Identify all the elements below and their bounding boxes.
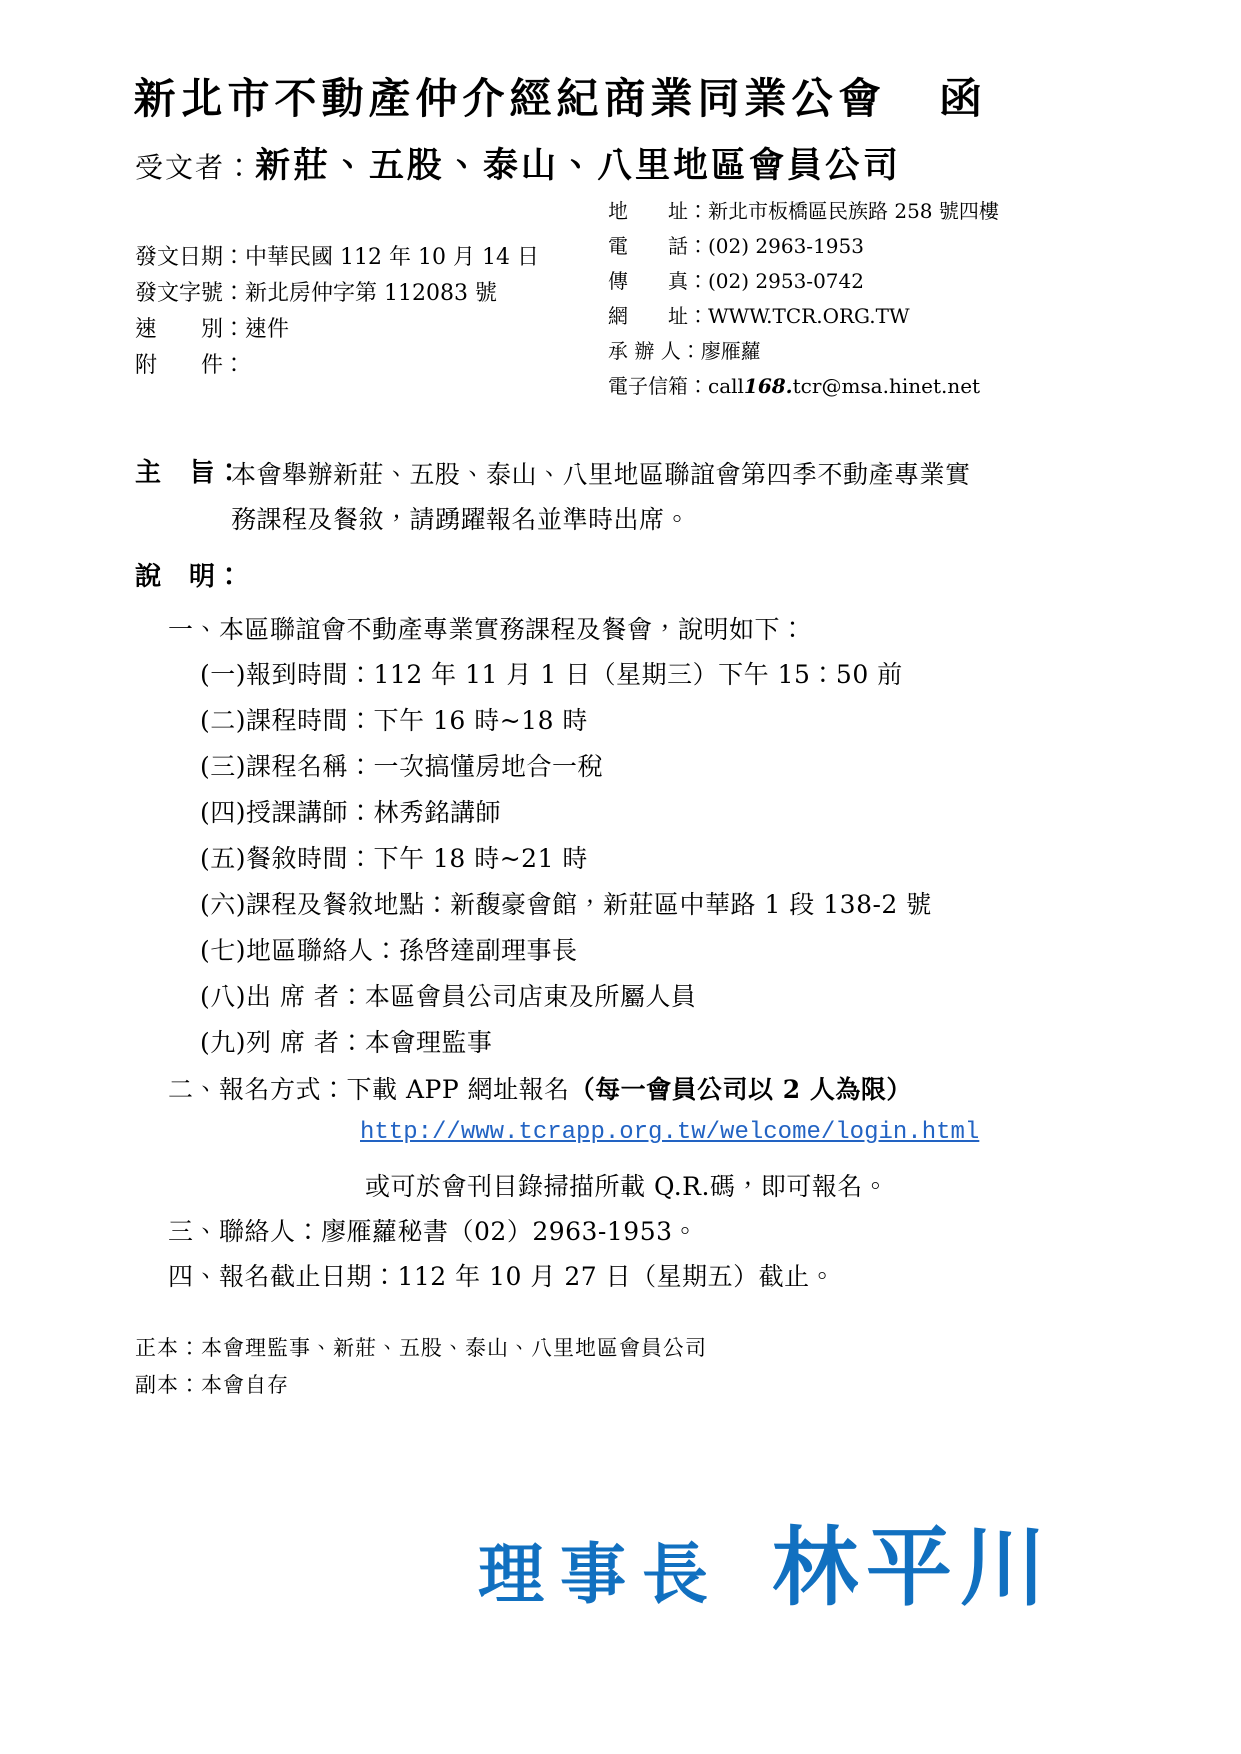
subitem-attendees: (八)出 席 者：本區會員公司店東及所屬人員 <box>200 974 932 1020</box>
secondary-copy-row: 副本：本會自存 <box>135 1367 707 1404</box>
primary-copy-row: 正本：本會理監事、新莊、五股、泰山、八里地區會員公司 <box>135 1330 707 1367</box>
subitem-course-name: (三)課程名稱：一次搞懂房地合一稅 <box>200 744 932 790</box>
official-letter-page: 新北市不動產仲介經紀商業同業公會 函 受文者： 新莊、五股、泰山、八里地區會員公… <box>0 0 1241 1754</box>
subitem-venue: (六)課程及餐敘地點：新馥豪會館，新莊區中華路 1 段 138-2 號 <box>200 882 932 928</box>
signature-name: 林平川 <box>772 1498 1054 1622</box>
subject-row: 主 旨： 本會舉辦新莊、五股、泰山、八里地區聯誼會第四季不動產專業實務課程及餐敘… <box>135 452 973 542</box>
email-row: 電子信箱： call168.tcr@msa.hinet.net <box>608 369 999 404</box>
registration-link-line: http://www.tcrapp.org.tw/welcome/login.h… <box>360 1115 979 1146</box>
attachment-row: 附 件： <box>135 348 539 384</box>
attachment-label: 附 件： <box>135 348 245 384</box>
explanation-item-3: 三、聯絡人：廖雁蘿秘書（02）2963-1953。 <box>168 1212 698 1248</box>
recipient-row: 受文者： 新莊、五股、泰山、八里地區會員公司 <box>135 138 901 188</box>
primary-copy-label: 正本： <box>135 1336 201 1360</box>
doc-number-value: 新北房仲字第 112083 號 <box>245 276 497 312</box>
doc-number-row: 發文字號： 新北房仲字第 112083 號 <box>135 276 539 312</box>
website-value: WWW.TCR.ORG.TW <box>708 299 910 334</box>
address-label: 地 址： <box>608 194 708 229</box>
qr-code-note: 或可於會刊目錄掃描所載 Q.R.碼，即可報名。 <box>365 1167 888 1203</box>
handler-value: 廖雁蘿 <box>701 334 761 369</box>
explanation-item-4: 四、報名截止日期：112 年 10 月 27 日（星期五）截止。 <box>168 1257 835 1293</box>
subitem-area-contact: (七)地區聯絡人：孫啓達副理事長 <box>200 928 932 974</box>
signature-title-chairman: 理事長 <box>478 1521 724 1616</box>
primary-copy-value: 本會理監事、新莊、五股、泰山、八里地區會員公司 <box>201 1336 707 1360</box>
priority-label: 速 別： <box>135 312 245 348</box>
handler-row: 承 辦 人： 廖雁蘿 <box>608 334 999 369</box>
registration-method-text: 二、報名方式：下載 APP 網址報名 <box>168 1075 570 1104</box>
document-type-letter: 函 <box>940 66 987 126</box>
fax-row: 傳 真： (02) 2953-0742 <box>608 264 999 299</box>
subject-text: 本會舉辦新莊、五股、泰山、八里地區聯誼會第四季不動產專業實務課程及餐敘，請踴躍報… <box>231 452 973 542</box>
phone-label: 電 話： <box>608 229 708 264</box>
contact-meta-block: 地 址： 新北市板橋區民族路 258 號四樓 電 話： (02) 2963-19… <box>608 194 999 404</box>
subitem-checkin-time: (一)報到時間：112 年 11 月 1 日（星期三）下午 15：50 前 <box>200 652 932 698</box>
explanation-item-2: 二、報名方式：下載 APP 網址報名（每一會員公司以 2 人為限） <box>168 1070 912 1106</box>
subitem-course-time: (二)課程時間：下午 16 時~18 時 <box>200 698 932 744</box>
secondary-copy-value: 本會自存 <box>201 1373 289 1397</box>
issue-date-row: 發文日期： 中華民國 112 年 10 月 14 日 <box>135 240 539 276</box>
email-suffix: tcr@msa.hinet.net <box>793 374 980 398</box>
email-highlight: 168. <box>744 374 793 398</box>
email-prefix: call <box>708 374 744 398</box>
priority-value: 速件 <box>245 312 289 348</box>
email-label: 電子信箱： <box>608 369 708 404</box>
recipient-label: 受文者： <box>135 146 255 186</box>
address-value: 新北市板橋區民族路 258 號四樓 <box>708 194 999 229</box>
phone-row: 電 話： (02) 2963-1953 <box>608 229 999 264</box>
subitem-observers: (九)列 席 者：本會理監事 <box>200 1020 932 1066</box>
explanation-label: 說 明： <box>135 556 243 593</box>
registration-limit-note: （每一會員公司以 2 人為限） <box>570 1075 912 1104</box>
address-row: 地 址： 新北市板橋區民族路 258 號四樓 <box>608 194 999 229</box>
secondary-copy-label: 副本： <box>135 1373 201 1397</box>
course-detail-list: (一)報到時間：112 年 11 月 1 日（星期三）下午 15：50 前 (二… <box>200 652 932 1066</box>
doc-number-label: 發文字號： <box>135 276 245 312</box>
handler-label: 承 辦 人： <box>608 334 701 369</box>
explanation-item-1: 一、本區聯誼會不動產專業實務課程及餐會，說明如下： <box>168 610 806 646</box>
association-name: 新北市不動產仲介經紀商業同業公會 <box>133 66 885 126</box>
fax-value: (02) 2953-0742 <box>708 264 864 299</box>
subject-label: 主 旨： <box>135 452 231 542</box>
issue-date-value: 中華民國 112 年 10 月 14 日 <box>245 240 539 276</box>
issue-meta-block: 發文日期： 中華民國 112 年 10 月 14 日 發文字號： 新北房仲字第 … <box>135 240 539 384</box>
subitem-lecturer: (四)授課講師：林秀銘講師 <box>200 790 932 836</box>
fax-label: 傳 真： <box>608 264 708 299</box>
issue-date-label: 發文日期： <box>135 240 245 276</box>
email-value: call168.tcr@msa.hinet.net <box>708 369 980 404</box>
subitem-dinner-time: (五)餐敘時間：下午 18 時~21 時 <box>200 836 932 882</box>
website-row: 網 址： WWW.TCR.ORG.TW <box>608 299 999 334</box>
copies-block: 正本：本會理監事、新莊、五股、泰山、八里地區會員公司 副本：本會自存 <box>135 1330 707 1404</box>
signature-block: 理事長 林平川 <box>478 1498 1054 1622</box>
website-label: 網 址： <box>608 299 708 334</box>
registration-link[interactable]: http://www.tcrapp.org.tw/welcome/login.h… <box>360 1119 979 1146</box>
recipient-value: 新莊、五股、泰山、八里地區會員公司 <box>255 138 901 188</box>
document-title: 新北市不動產仲介經紀商業同業公會 函 <box>0 66 1120 126</box>
phone-value: (02) 2963-1953 <box>708 229 864 264</box>
priority-row: 速 別： 速件 <box>135 312 539 348</box>
